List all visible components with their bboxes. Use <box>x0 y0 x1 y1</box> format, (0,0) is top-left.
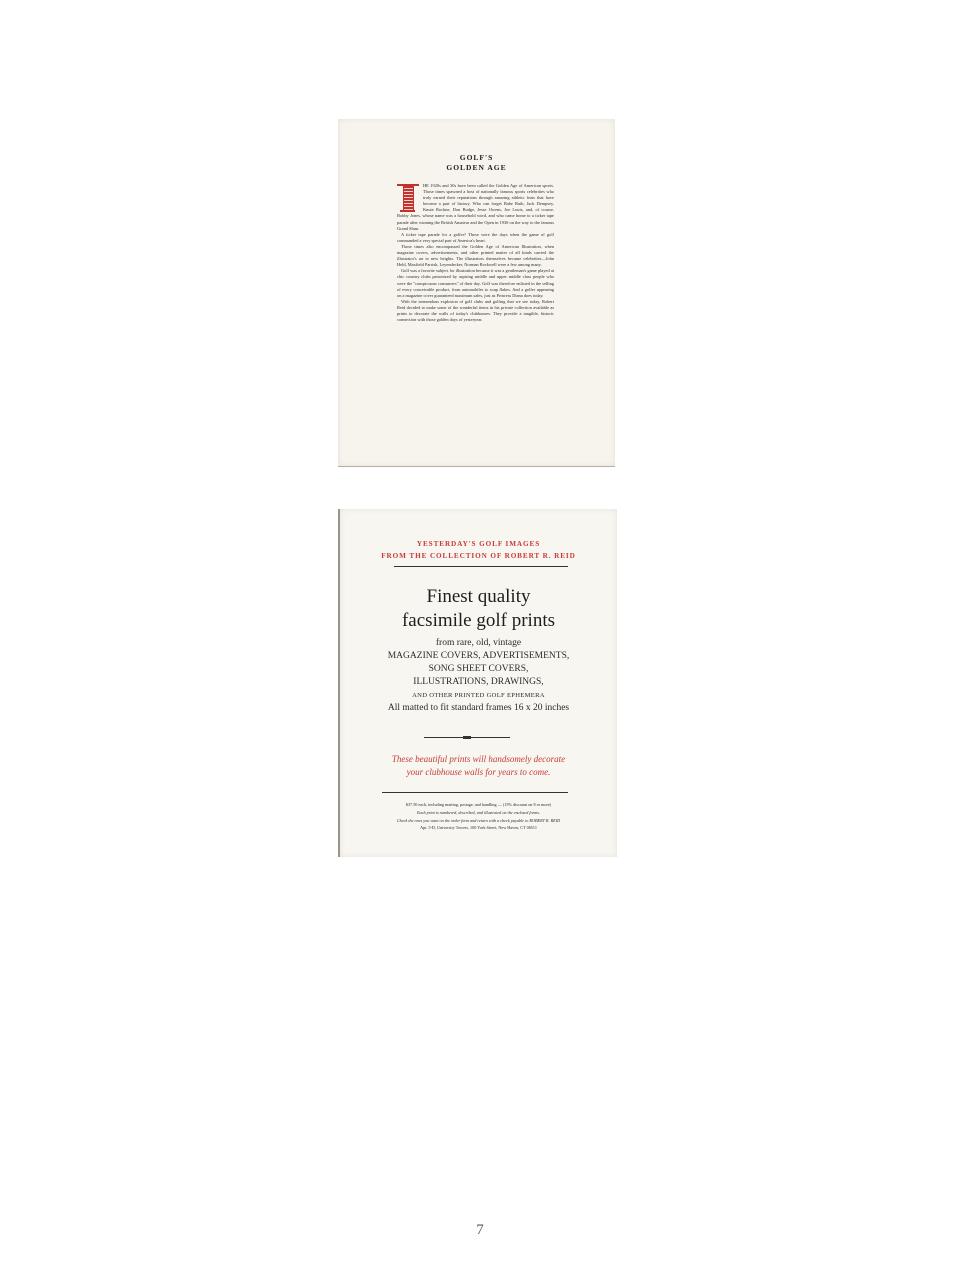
address-line: Apt. 5-D, University Towers, 100 York St… <box>340 824 617 832</box>
page1-title: GOLF'S GOLDEN AGE <box>338 153 615 173</box>
ad-title: Finest quality facsimile golf prints <box>340 585 617 633</box>
dropcap-t-ornament <box>397 183 419 212</box>
golden-age-page-image: GOLF'S GOLDEN AGE HE 1920s and 30s have … <box>338 119 615 467</box>
order-instructions-line: Check the ones you want on the order for… <box>340 817 617 825</box>
title-line-2: facsimile golf prints <box>340 609 617 633</box>
header-line-2: FROM THE COLLECTION OF ROBERT R. REID <box>340 550 617 562</box>
paragraph: With the tremendous explosion of golf cl… <box>397 299 554 323</box>
ad-fine-print: $37.50 each, including matting, postage,… <box>340 801 617 832</box>
header-line-1: YESTERDAY'S GOLF IMAGES <box>340 538 617 550</box>
divider-rule <box>382 792 568 793</box>
price-line: $37.50 each, including matting, postage,… <box>340 801 617 809</box>
ornamental-divider <box>424 736 510 739</box>
tagline-line-2: your clubhouse walls for years to come. <box>340 766 617 779</box>
page-number: 7 <box>470 1222 490 1239</box>
sub-line: All matted to fit standard frames 16 x 2… <box>340 702 617 715</box>
ad-subtitle-list: from rare, old, vintage MAGAZINE COVERS,… <box>340 637 617 715</box>
sub-line: from rare, old, vintage <box>340 637 617 650</box>
divider-rule <box>394 566 568 567</box>
paragraph: A ticker tape parade for a golfer? Those… <box>397 232 554 244</box>
title-line-1: GOLF'S <box>338 153 615 163</box>
golf-prints-ad-page-image: YESTERDAY'S GOLF IMAGES FROM THE COLLECT… <box>338 509 617 857</box>
title-line-2: GOLDEN AGE <box>338 163 615 173</box>
tagline-line-1: These beautiful prints will handsomely d… <box>340 753 617 766</box>
ad-header: YESTERDAY'S GOLF IMAGES FROM THE COLLECT… <box>340 538 617 562</box>
description-line: Each print is numbered, described, and i… <box>340 809 617 817</box>
sub-line: AND OTHER PRINTED GOLF EPHEMERA <box>340 689 617 702</box>
title-line-1: Finest quality <box>340 585 617 609</box>
paragraph: HE 1920s and 30s have been called the Go… <box>397 183 554 232</box>
sub-line: SONG SHEET COVERS, <box>340 663 617 676</box>
sub-line: ILLUSTRATIONS, DRAWINGS, <box>340 676 617 689</box>
ad-tagline: These beautiful prints will handsomely d… <box>340 753 617 779</box>
paragraph: Those times also encompassed the Golden … <box>397 244 554 268</box>
page1-body-text: HE 1920s and 30s have been called the Go… <box>397 183 554 323</box>
sub-line: MAGAZINE COVERS, ADVERTISEMENTS, <box>340 650 617 663</box>
paragraph: Golf was a favorite subject for illustra… <box>397 268 554 298</box>
